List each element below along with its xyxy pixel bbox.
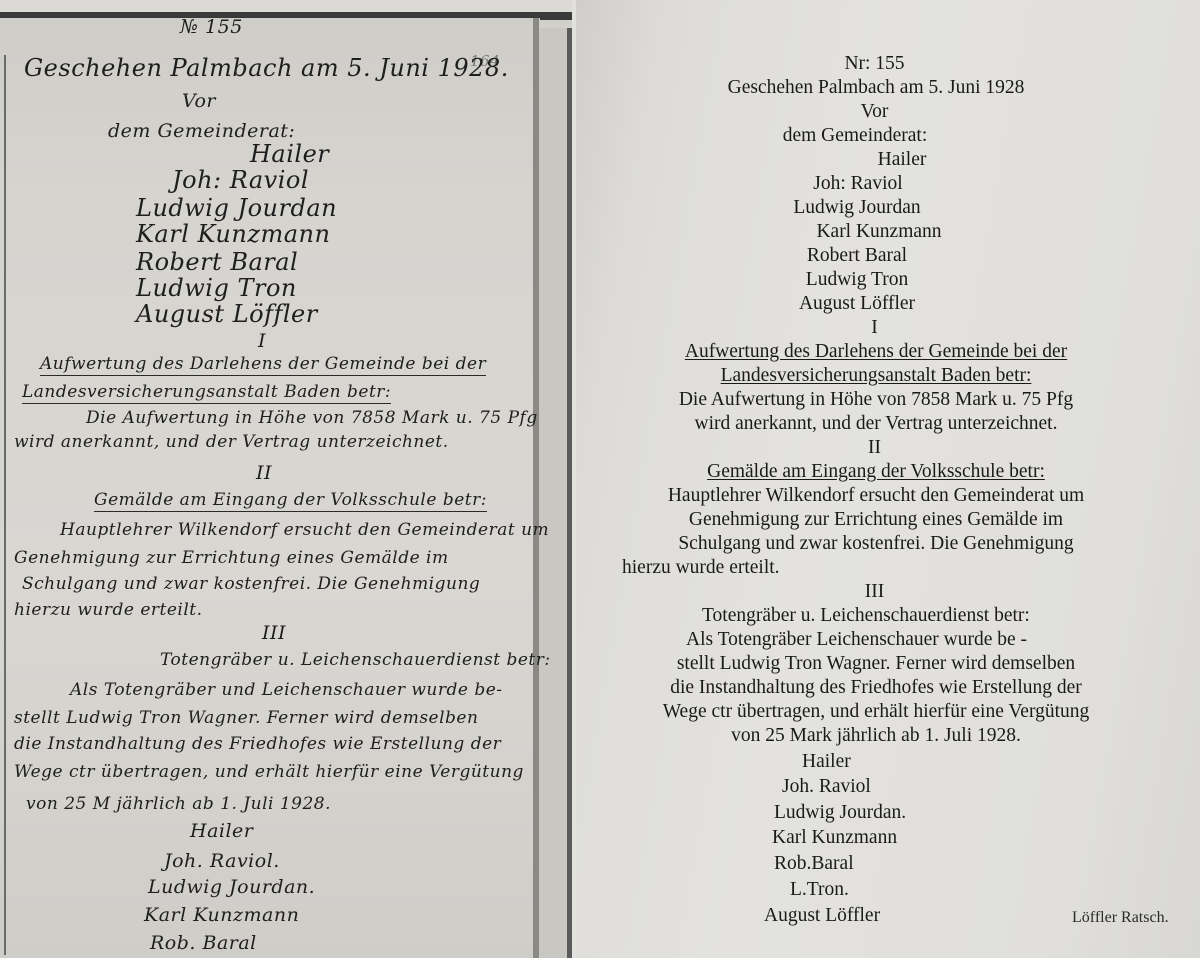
hw-line: Ludwig Jourdan — [136, 194, 337, 222]
section-body-line: hierzu wurde erteilt. — [622, 556, 780, 580]
attendee: August Löffler — [782, 292, 932, 316]
hw-line: Die Aufwertung in Höhe von 7858 Mark u. … — [86, 408, 538, 428]
margin-rule — [4, 55, 6, 955]
hw-line: Geschehen Palmbach am 5. Juni 1928. — [24, 54, 509, 82]
section-body-line: Schulgang und zwar kostenfrei. Die Geneh… — [636, 532, 1116, 556]
hw-line: die Instandhaltung des Friedhofes wie Er… — [14, 734, 501, 754]
hw-record-number: № 155 — [180, 16, 243, 38]
vor-label: Vor — [812, 100, 937, 124]
hw-line: dem Gemeinderat: — [108, 120, 295, 142]
hw-line: Ludwig Tron — [136, 274, 297, 302]
signature: Rob.Baral — [774, 852, 854, 876]
section-body-line: stellt Ludwig Tron Wagner. Ferner wird d… — [636, 652, 1116, 676]
signature: Ludwig Jourdan. — [774, 801, 906, 825]
record-number: Nr: 155 — [812, 52, 937, 76]
hw-line: III — [262, 622, 286, 644]
attendee: Karl Kunzmann — [804, 220, 954, 244]
typed-transcription: Nr: 155 Geschehen Palmbach am 5. Juni 19… — [576, 0, 1200, 958]
section-body-line: Hauptlehrer Wilkendorf ersucht den Gemei… — [636, 484, 1116, 508]
section-title: Totengräber u. Leichenschauerdienst betr… — [702, 604, 1030, 628]
handwritten-register-photo: № 155 164 Geschehen Palmbach am 5. Juni … — [0, 0, 576, 958]
signature: L.Tron. — [790, 878, 849, 902]
section-numeral: I — [812, 316, 937, 340]
section-body-line: wird anerkannt, und der Vertrag unterzei… — [636, 412, 1116, 436]
hw-line: Hailer — [250, 140, 329, 168]
attendee: Robert Baral — [792, 244, 922, 268]
hw-signature: Hailer — [190, 820, 253, 842]
hw-line: von 25 M jährlich ab 1. Juli 1928. — [26, 794, 331, 814]
section-body-line: Die Aufwertung in Höhe von 7858 Mark u. … — [636, 388, 1116, 412]
clerk-signature: Löffler Ratsch. — [1072, 906, 1169, 930]
signature: August Löffler — [764, 904, 880, 928]
hw-line: Joh: Raviol — [172, 166, 309, 194]
hw-line: II — [256, 462, 272, 484]
section-title: Aufwertung des Darlehens der Gemeinde be… — [636, 340, 1116, 364]
hw-line: stellt Ludwig Tron Wagner. Ferner wird d… — [14, 708, 478, 728]
hw-signature: Ludwig Jourdan. — [148, 876, 315, 898]
hw-line: Aufwertung des Darlehens der Gemeinde be… — [40, 354, 486, 376]
section-body-line: Als Totengräber Leichenschauer wurde be … — [686, 628, 1027, 652]
section-body-line: von 25 Mark jährlich ab 1. Juli 1928. — [636, 724, 1116, 748]
hw-line: Als Totengräber und Leichenschauer wurde… — [70, 680, 503, 700]
hw-line: Totengräber u. Leichenschauerdienst betr… — [160, 650, 551, 670]
section-body-line: Wege ctr übertragen, und erhält hierfür … — [626, 700, 1126, 724]
hw-line: Vor — [182, 90, 216, 112]
section-body-line: Genehmigung zur Errichtung eines Gemälde… — [636, 508, 1116, 532]
signature: Karl Kunzmann — [772, 826, 897, 850]
hw-line: Hauptlehrer Wilkendorf ersucht den Gemei… — [60, 520, 549, 540]
signature: Hailer — [802, 750, 851, 774]
hw-signature: Joh. Raviol. — [164, 850, 280, 872]
section-numeral: III — [812, 580, 937, 604]
attendee: Joh: Raviol — [798, 172, 918, 196]
hw-line: Robert Baral — [136, 248, 298, 276]
hw-line: hierzu wurde erteilt. — [14, 600, 203, 620]
page-edge — [539, 28, 567, 958]
section-title: Landesversicherungsanstalt Baden betr: — [636, 364, 1116, 388]
hw-line: Karl Kunzmann — [136, 220, 330, 248]
hw-signature: Karl Kunzmann — [144, 904, 299, 926]
place-date: Geschehen Palmbach am 5. Juni 1928 — [686, 76, 1066, 100]
council-label: dem Gemeinderat: — [772, 124, 938, 148]
attendee: Ludwig Tron — [792, 268, 922, 292]
attendee: Hailer — [842, 148, 962, 172]
section-body-line: die Instandhaltung des Friedhofes wie Er… — [626, 676, 1126, 700]
hw-line: August Löffler — [136, 300, 318, 328]
section-numeral: II — [812, 436, 937, 460]
hw-line: Wege ctr übertragen, und erhält hierfür … — [14, 762, 524, 782]
signature: Joh. Raviol — [782, 775, 871, 799]
hw-signature: Rob. Baral — [150, 932, 257, 954]
photo-top-strip — [0, 0, 576, 12]
attendee: Ludwig Jourdan — [782, 196, 932, 220]
hw-line: Gemälde am Eingang der Volksschule betr: — [94, 490, 487, 512]
hw-line: I — [258, 330, 266, 352]
hw-line: Genehmigung zur Errichtung eines Gemälde… — [14, 548, 449, 568]
section-title: Gemälde am Eingang der Volksschule betr: — [636, 460, 1116, 484]
hw-line: Schulgang und zwar kostenfrei. Die Geneh… — [22, 574, 480, 594]
hw-line: wird anerkannt, und der Vertrag unterzei… — [14, 432, 449, 452]
hw-line: Landesversicherungsanstalt Baden betr: — [22, 382, 391, 404]
